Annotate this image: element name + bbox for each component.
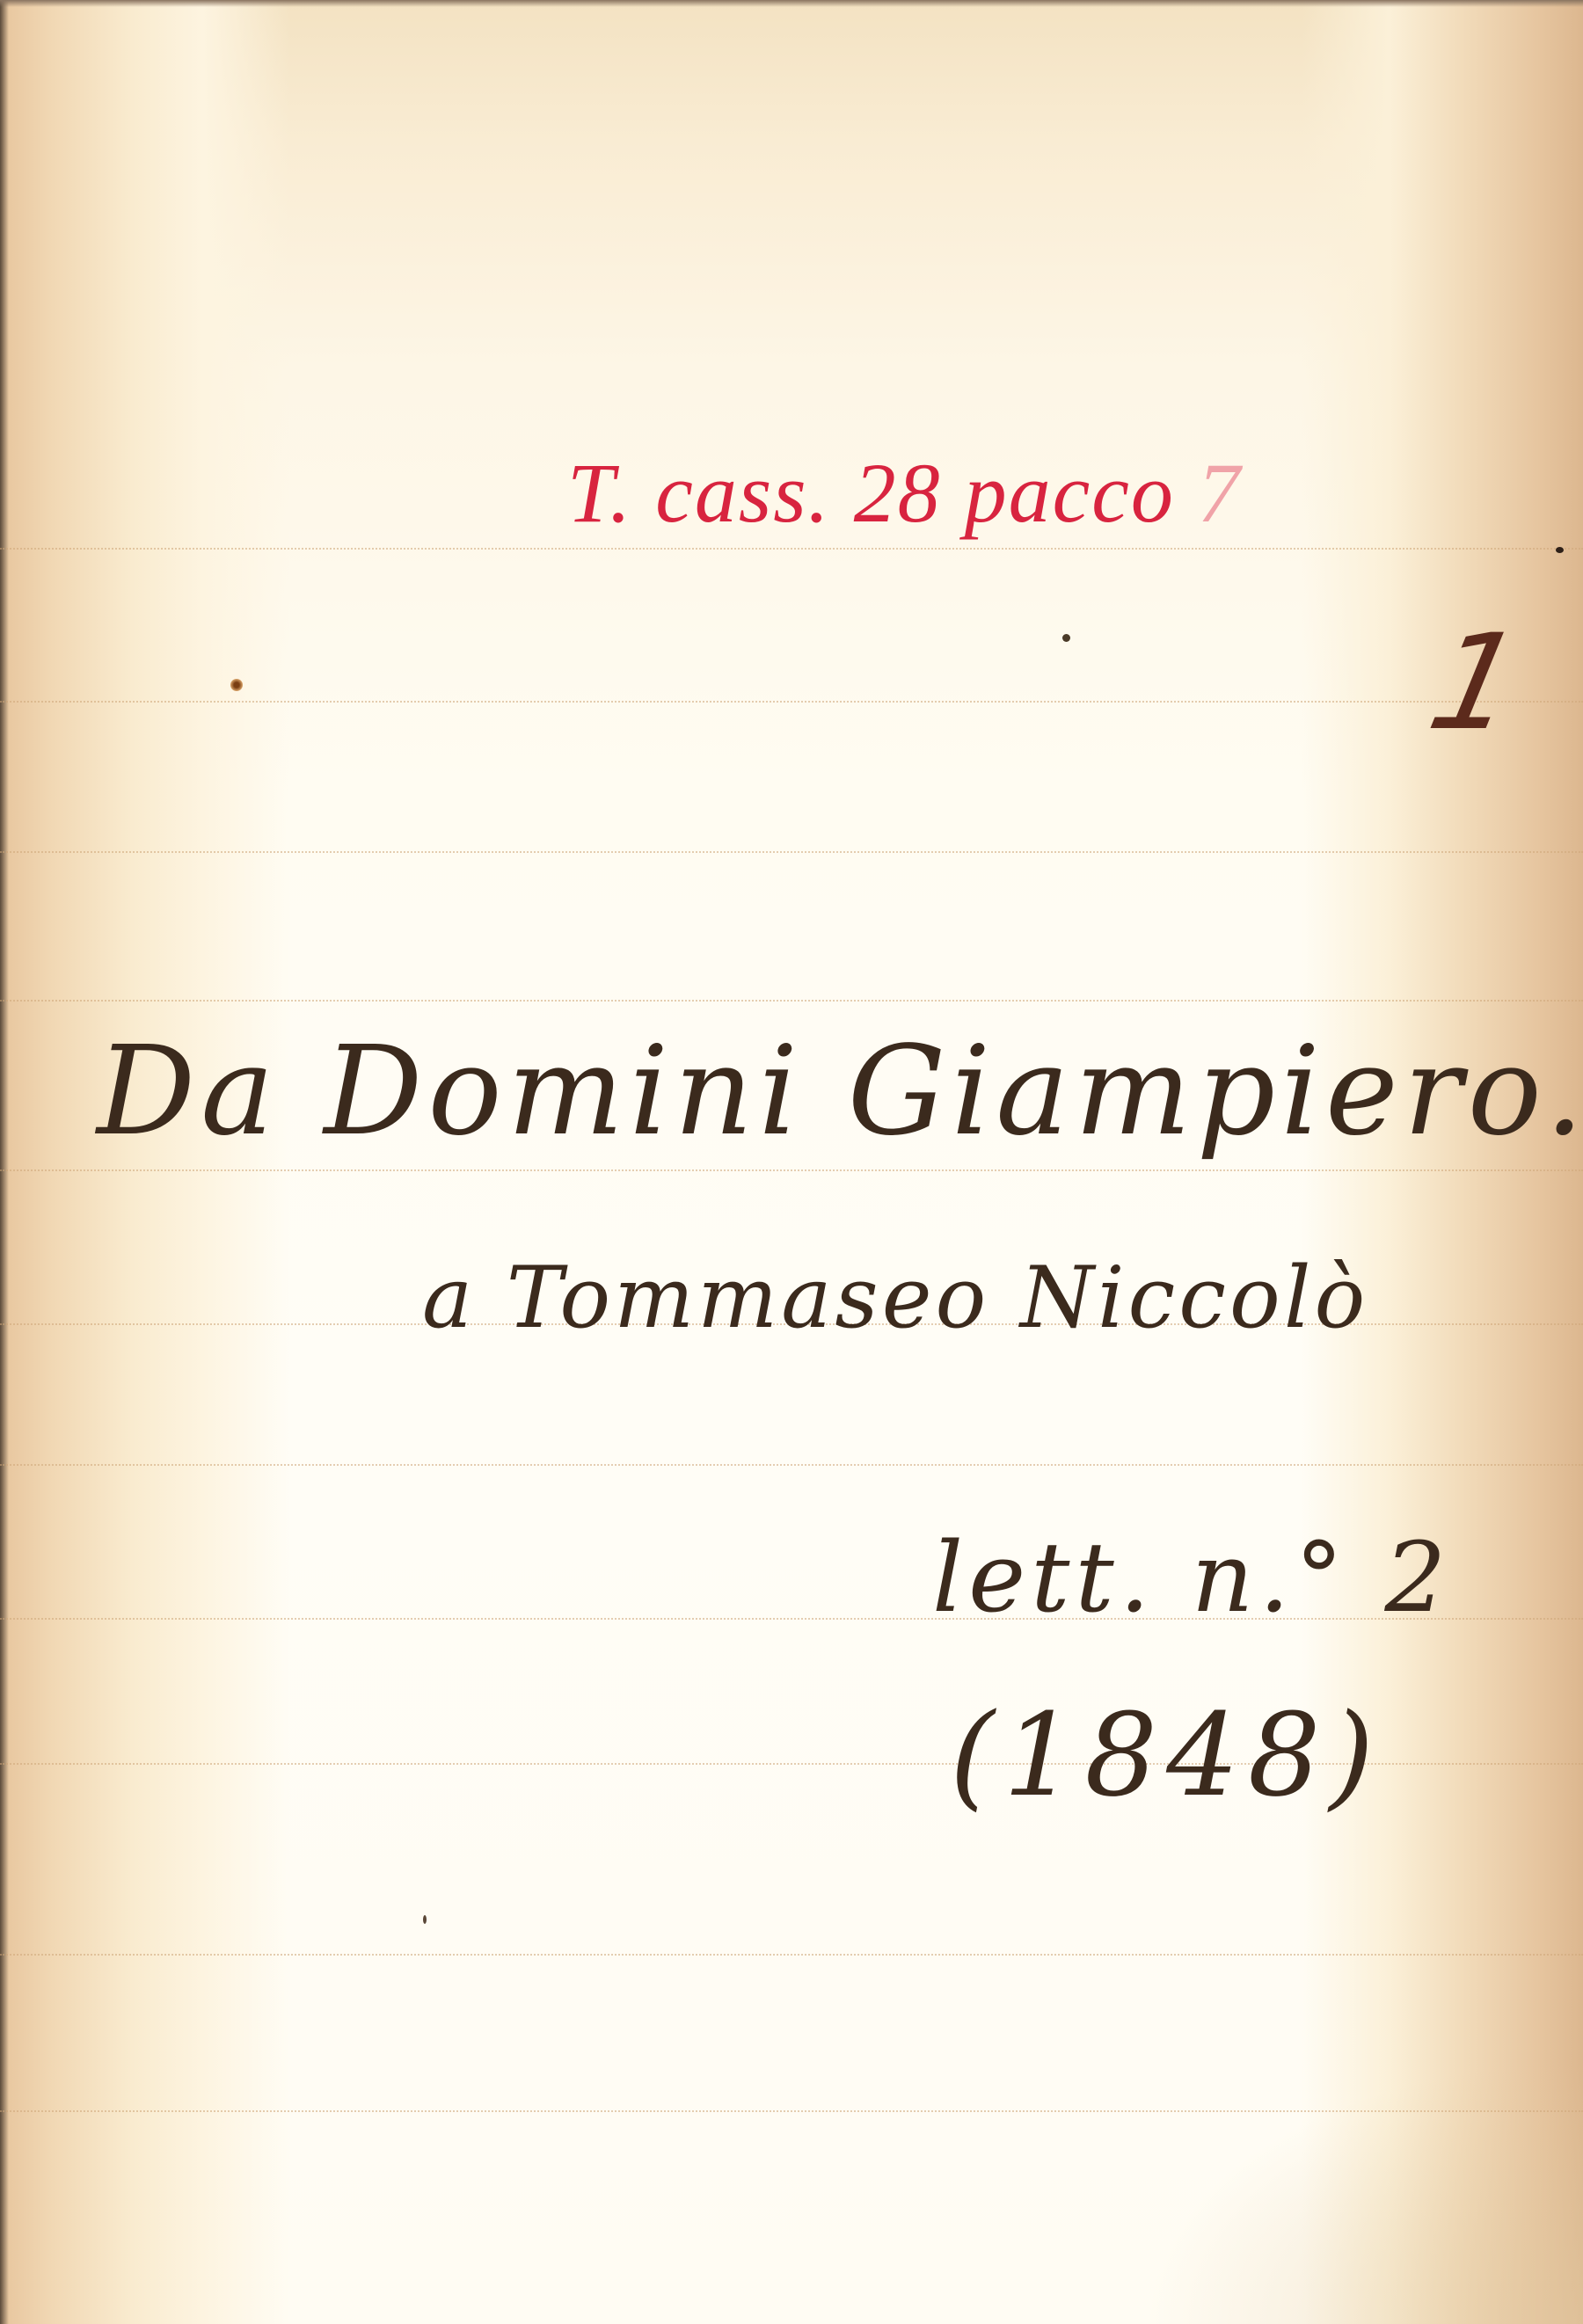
- scan-edge-left: [0, 0, 9, 2324]
- shelfmark-pack-number: 7: [1198, 446, 1242, 540]
- ruled-line: [0, 1169, 1583, 1171]
- letter-year: (1848): [950, 1688, 1382, 1822]
- foxing-spot: [230, 679, 243, 691]
- ruled-line: [0, 851, 1583, 853]
- folio-number: 1: [1418, 607, 1536, 760]
- recipient-line: a Tommaseo Niccolò: [422, 1249, 1368, 1347]
- letter-count: lett. n.° 2: [932, 1521, 1451, 1634]
- catalog-card: T. cass. 28 pacco 7 1 Da Domini Giampier…: [0, 0, 1583, 2324]
- ruled-line: [0, 701, 1583, 703]
- ink-speck: [1556, 547, 1564, 553]
- scan-edge-top: [0, 0, 1583, 7]
- ink-speck: [423, 1915, 427, 1924]
- paper-stain: [1143, 2060, 1583, 2324]
- ink-speck: [1062, 634, 1070, 642]
- ruled-line: [0, 1464, 1583, 1466]
- shelfmark-prefix: T. cass. 28 pacco: [567, 446, 1175, 540]
- ruled-line: [0, 2110, 1583, 2112]
- ruled-line: [0, 1954, 1583, 1956]
- ruled-line: [0, 548, 1583, 550]
- sender-line: Da Domini Giampiero.: [97, 1020, 1583, 1163]
- shelfmark-annotation: T. cass. 28 pacco 7: [567, 444, 1242, 542]
- ruled-line: [0, 1000, 1583, 1002]
